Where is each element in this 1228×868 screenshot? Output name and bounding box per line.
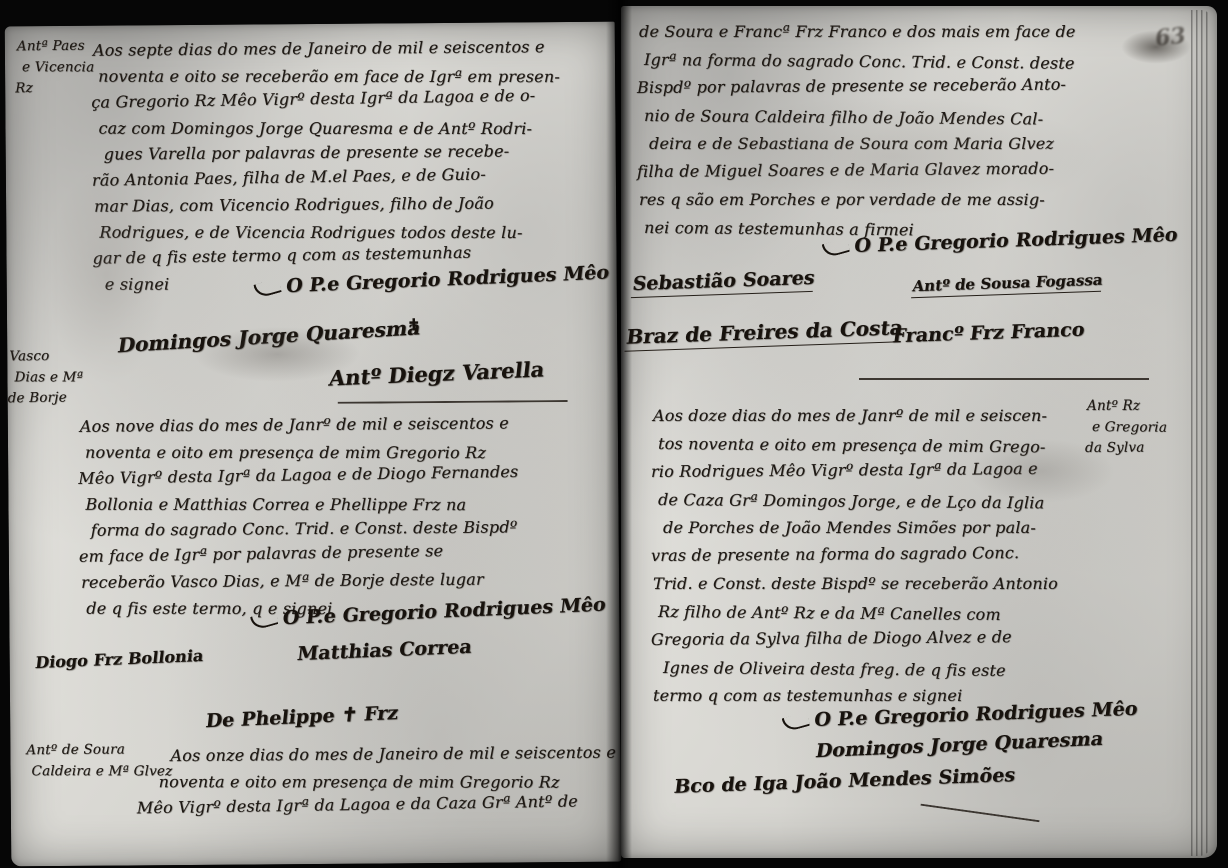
manuscript-line: Aos onze dias do mes de Janeiro de mil e… — [170, 740, 616, 769]
manuscript-line: Gregoria da Sylva filha de Diogo Alvez e… — [651, 623, 1058, 654]
manuscript-line: de Borje — [7, 387, 83, 409]
book-gutter — [606, 0, 632, 868]
marriage-entry: Aos septe dias do mes de Janeiro de mil … — [93, 34, 562, 298]
manuscript-line: receberão Vasco Dias, e Mª de Borje dest… — [81, 566, 519, 595]
manuscript-line: Dias e Mª — [14, 367, 83, 388]
manuscript-line: mar Dias, com Vicencio Rodrigues, filho … — [94, 190, 561, 220]
manuscript-line: Bispdº por palavras de presente se receb… — [637, 71, 1076, 102]
manuscript-line: Rz — [15, 77, 95, 99]
marriage-entry: Aos doze dias do mes de Janrº de mil e s… — [653, 402, 1058, 710]
cross-mark: ✝ — [407, 315, 421, 334]
signature: Domingos Jorge Quaresma — [116, 315, 423, 357]
manuscript-line: e Gregoria — [1092, 417, 1167, 439]
signature-text: Domingos Jorge Quaresma — [814, 728, 1105, 762]
signature: Sebastião Soares — [631, 267, 816, 295]
manuscript-line: Aos nove dias do mes de Janrº de mil e s… — [80, 410, 518, 439]
manuscript-line: Ignes de Oliveira desta freg. de q fis e… — [663, 654, 1058, 685]
signature-text: Matthias Correa — [296, 636, 473, 665]
signature: Domingos Jorge Quaresma — [814, 728, 1105, 762]
signature-text: Antº Diegz Varella — [328, 356, 546, 390]
signature: De Phelippe ✝ Frz — [204, 702, 399, 732]
manuscript-line: Trid. e Const. deste Bispdº se receberão… — [653, 570, 1058, 598]
signature-text: Braz de Freires da Costa — [624, 315, 904, 352]
signature-text: Sebastião Soares — [631, 267, 816, 298]
signature-text: Domingos Jorge Quaresma — [116, 315, 423, 357]
manuscript-line: Aos septe dias do mes de Janeiro de mil … — [93, 34, 560, 64]
manuscript-line: de Porches de João Mendes Simões por pal… — [663, 514, 1058, 542]
manuscript-page-left: Antª Paese VicenciaRz Aos septe dias do … — [5, 22, 622, 867]
manuscript-line: caz com Domingos Jorge Quaresma e de Ant… — [99, 116, 561, 142]
signature: Diogo Frz Bollonia — [34, 646, 204, 672]
manuscript-line: Bollonia e Matthias Correa e Phellippe F… — [85, 492, 518, 518]
manuscript-line: nio de Soura Caldeira filho de João Mend… — [644, 102, 1076, 134]
manuscript-line: rio Rodrigues Mêo Vigrº desta Igrª da La… — [651, 455, 1058, 486]
manuscript-line: e Vicencia — [22, 57, 94, 78]
signature-text: De Phelippe ✝ Frz — [204, 702, 399, 732]
signature-flourish — [920, 790, 1041, 823]
margin-note: VascoDias e Mªde Borje — [9, 346, 83, 410]
manuscript-page-right: 63 de Soura e Francª Frz Franco e dos ma… — [621, 6, 1217, 858]
signature: Braz de Freires da Costa — [625, 315, 905, 349]
signature: Matthias Correa — [296, 636, 473, 665]
signature-flourish — [859, 366, 1149, 380]
signature-text: Francº Frz Franco — [891, 319, 1086, 348]
signature: Francº Frz Franco — [891, 319, 1086, 348]
manuscript-line: Antº Rz — [1087, 396, 1167, 417]
manuscript-line: em face de Igrª por palavras de presente… — [79, 537, 520, 570]
marriage-entry-continuation: de Soura e Francª Frz Franco e dos mais … — [639, 18, 1076, 242]
margin-note: Antª Paese VicenciaRz — [17, 36, 95, 100]
marriage-entry: Aos nove dias do mes de Janrº de mil e s… — [80, 410, 520, 621]
folio-number: 63 — [1154, 22, 1186, 52]
signature: Antº de Sousa Fogassa — [911, 271, 1103, 296]
signature-rubric — [822, 237, 850, 259]
marriage-entry: Aos onze dias do mes de Janeiro de mil e… — [118, 740, 616, 822]
signature-text: Diogo Frz Bollonia — [34, 646, 204, 672]
signature-flourish — [338, 390, 568, 404]
manuscript-line: res q são em Porches e por verdade de me… — [639, 186, 1076, 214]
page-edge — [1191, 10, 1211, 856]
manuscript-line: Aos doze dias do mes de Janrº de mil e s… — [653, 402, 1058, 430]
signature-rubric — [782, 711, 810, 733]
manuscript-line: Mêo Vigrº desta Igrª da Lagoa e de Diogo… — [78, 459, 519, 492]
manuscript-scan: Antª Paese VicenciaRz Aos septe dias do … — [0, 0, 1228, 868]
signature-rubric — [254, 278, 282, 300]
signature-rubric — [250, 610, 278, 632]
signature-text: Antº de Sousa Fogassa — [911, 271, 1104, 299]
signature-text: Bco de Iga João Mendes Simões — [673, 764, 1017, 798]
signature: Antº Diegz Varella — [328, 356, 546, 390]
manuscript-line: da Sylva — [1085, 437, 1167, 459]
manuscript-line: Antª Paes — [17, 36, 94, 58]
margin-note: Antº Rze Gregoriada Sylva — [1087, 396, 1167, 459]
manuscript-line: de Soura e Francª Frz Franco e dos mais … — [639, 18, 1076, 46]
signature: Bco de Iga João Mendes Simões — [673, 764, 1017, 798]
manuscript-line: Vasco — [9, 346, 83, 368]
manuscript-line: filha de Miguel Soares e de Maria Glavez… — [637, 155, 1076, 186]
manuscript-line: de Caza Grª Domingos Jorge, e de Lço da … — [658, 486, 1058, 517]
manuscript-line: deira e de Sebastiana de Soura com Maria… — [649, 130, 1076, 158]
manuscript-line: vras de presente na forma do sagrado Con… — [651, 539, 1058, 570]
